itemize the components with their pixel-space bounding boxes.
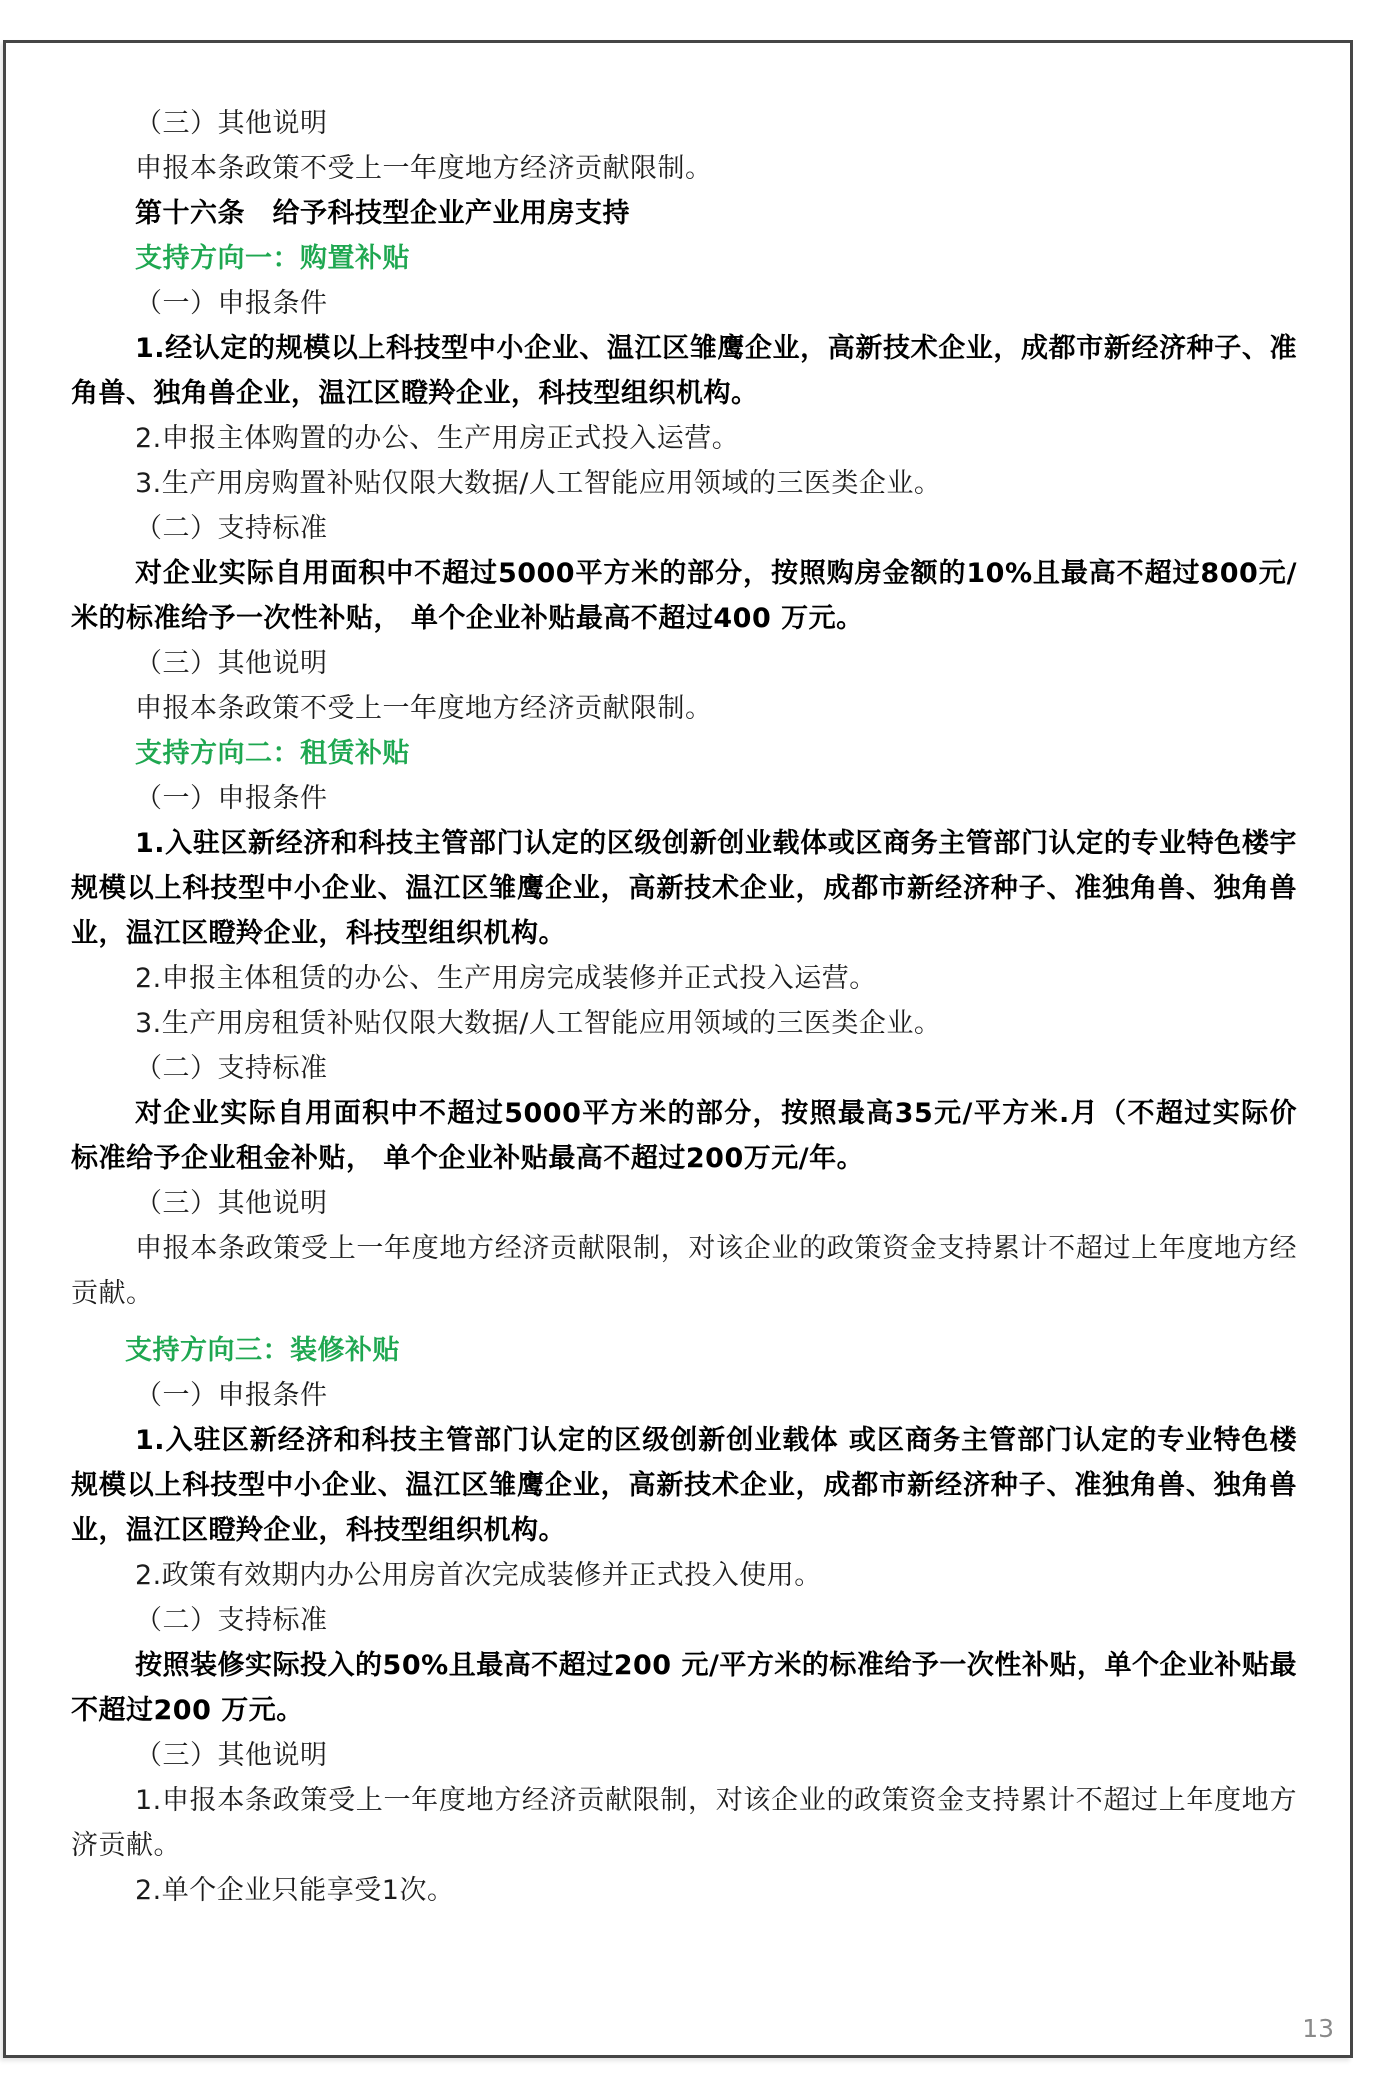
paragraph-line: 2.申报主体租赁的办公、生产用房完成装修并正式投入运营。 (71, 956, 1297, 1001)
paragraph-line: 规模以上科技型中小企业、温江区雏鹰企业，高新技术企业，成都市新经济种子、准独角兽… (71, 866, 1297, 911)
paragraph-line: 2.申报主体购置的办公、生产用房正式投入运营。 (71, 416, 1297, 461)
paragraph-line: 规模以上科技型中小企业、温江区雏鹰企业，高新技术企业，成都市新经济种子、准独角兽… (71, 1463, 1297, 1508)
paragraph-line: （二）支持标准 (71, 506, 1297, 551)
paragraph-line: 标准给予企业租金补贴， 单个企业补贴最高不超过200万元/年。 (71, 1136, 1297, 1181)
document-body: （三）其他说明申报本条政策不受上一年度地方经济贡献限制。第十六条 给予科技型企业… (71, 101, 1297, 1913)
paragraph-line: 1.入驻区新经济和科技主管部门认定的区级创新创业载体或区商务主管部门认定的专业特… (71, 821, 1297, 866)
paragraph-line: 3.生产用房租赁补贴仅限大数据/人工智能应用领域的三医类企业。 (71, 1001, 1297, 1046)
paragraph-line: 米的标准给予一次性补贴， 单个企业补贴最高不超过400 万元。 (71, 596, 1297, 641)
paragraph-line: 1.入驻区新经济和科技主管部门认定的区级创新创业载体 或区商务主管部门认定的专业… (71, 1418, 1297, 1463)
paragraph-line: （三）其他说明 (71, 1733, 1297, 1778)
page-number: 13 (1302, 2016, 1334, 2041)
support-direction-heading: 支持方向二：租赁补贴 (71, 731, 1297, 776)
paragraph-line: 贡献。 (71, 1271, 1297, 1316)
support-direction-heading: 支持方向一：购置补贴 (71, 236, 1297, 281)
paragraph-line: 按照装修实际投入的50%且最高不超过200 元/平方米的标准给予一次性补贴，单个… (71, 1643, 1297, 1688)
paragraph-line: 业，温江区瞪羚企业，科技型组织机构。 (71, 1508, 1297, 1553)
paragraph-line: 对企业实际自用面积中不超过5000平方米的部分，按照最高35元/平方米.月（不超… (71, 1091, 1297, 1136)
paragraph-line: （三）其他说明 (71, 641, 1297, 686)
paragraph-line: 1.经认定的规模以上科技型中小企业、温江区雏鹰企业，高新技术企业，成都市新经济种… (71, 326, 1297, 371)
paragraph-line: （二）支持标准 (71, 1598, 1297, 1643)
paragraph-line: 2.政策有效期内办公用房首次完成装修并正式投入使用。 (71, 1553, 1297, 1598)
paragraph-line: 申报本条政策不受上一年度地方经济贡献限制。 (71, 146, 1297, 191)
paragraph-line: 角兽、独角兽企业，温江区瞪羚企业，科技型组织机构。 (71, 371, 1297, 416)
paragraph-line: 业，温江区瞪羚企业，科技型组织机构。 (71, 911, 1297, 956)
support-direction-heading: 支持方向三：装修补贴 (71, 1328, 1297, 1373)
paragraph-line: 3.生产用房购置补贴仅限大数据/人工智能应用领域的三医类企业。 (71, 461, 1297, 506)
paragraph-line: （一）申报条件 (71, 776, 1297, 821)
paragraph-line: 对企业实际自用面积中不超过5000平方米的部分，按照购房金额的10%且最高不超过… (71, 551, 1297, 596)
paragraph-line: （三）其他说明 (71, 101, 1297, 146)
paragraph-line: 申报本条政策受上一年度地方经济贡献限制，对该企业的政策资金支持累计不超过上年度地… (71, 1226, 1297, 1271)
paragraph-line: 申报本条政策不受上一年度地方经济贡献限制。 (71, 686, 1297, 731)
paragraph-line: （二）支持标准 (71, 1046, 1297, 1091)
paragraph-line: 济贡献。 (71, 1823, 1297, 1868)
article-heading: 第十六条 给予科技型企业产业用房支持 (71, 191, 1297, 236)
paragraph-line: 1.申报本条政策受上一年度地方经济贡献限制，对该企业的政策资金支持累计不超过上年… (71, 1778, 1297, 1823)
paragraph-line: 不超过200 万元。 (71, 1688, 1297, 1733)
paragraph-line: 2.单个企业只能享受1次。 (71, 1868, 1297, 1913)
paragraph-line: （一）申报条件 (71, 281, 1297, 326)
paragraph-line: （三）其他说明 (71, 1181, 1297, 1226)
document-page: （三）其他说明申报本条政策不受上一年度地方经济贡献限制。第十六条 给予科技型企业… (3, 40, 1353, 2058)
paragraph-line: （一）申报条件 (71, 1373, 1297, 1418)
